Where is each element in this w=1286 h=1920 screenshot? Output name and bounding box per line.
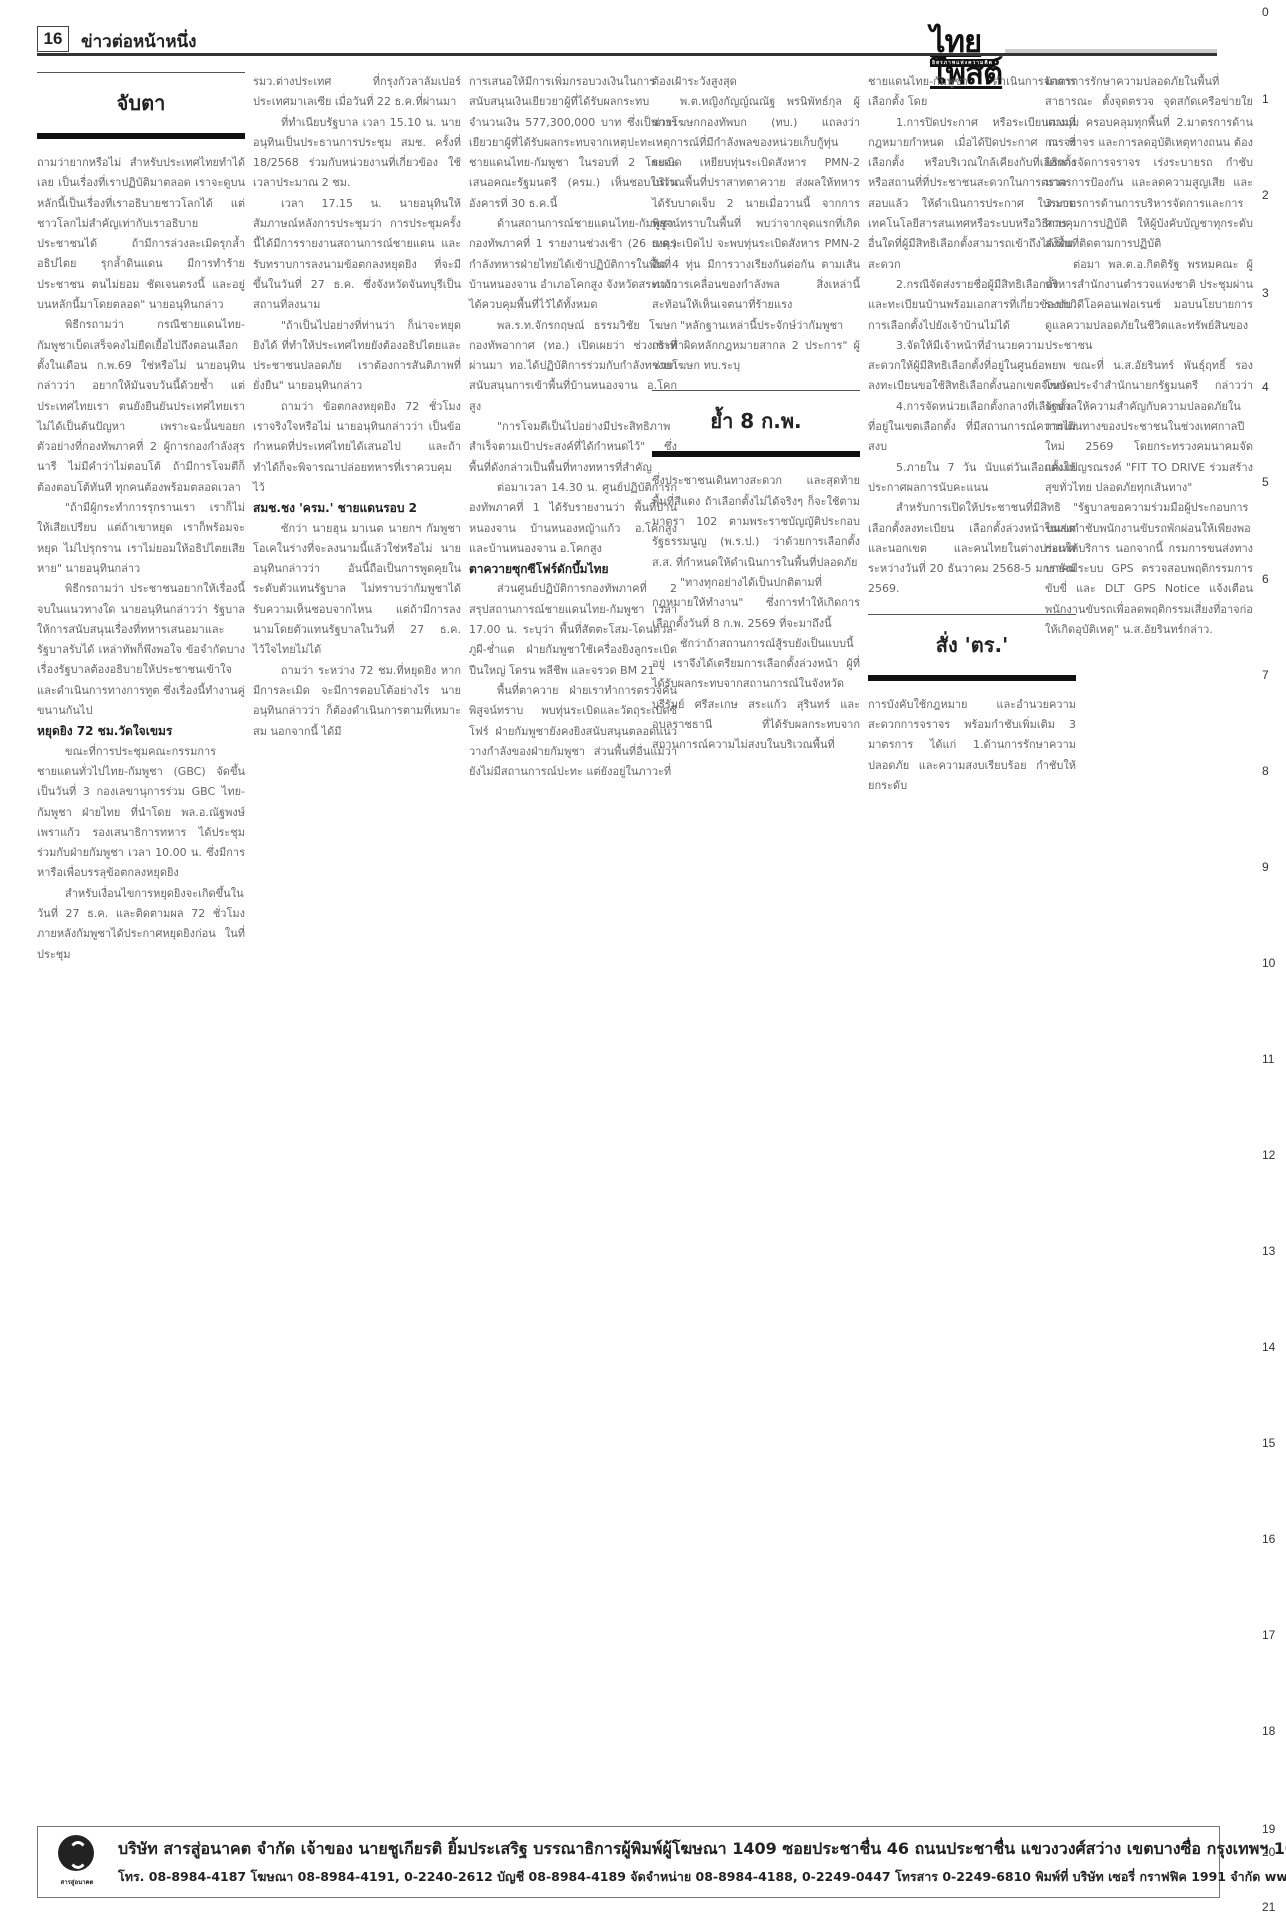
publisher-logo-caption: สารสู่อนาคต: [52, 1877, 102, 1887]
row-marker: 19: [1262, 1822, 1275, 1836]
article-paragraph: ถามว่า ข้อตกลงหยุดยิง 72 ชั่วโมง เราจริง…: [253, 397, 461, 498]
article-paragraph: "หลักฐานเหล่านี้ประจักษ์ว่ากัมพูชากระทำผ…: [652, 316, 860, 377]
publisher-logo: สารสู่อนาคต: [52, 1835, 102, 1889]
row-marker: 18: [1262, 1724, 1275, 1738]
row-marker: 2: [1262, 188, 1269, 202]
row-marker: 4: [1262, 380, 1269, 394]
row-marker: 15: [1262, 1436, 1275, 1450]
publisher-logo-icon: [58, 1835, 94, 1871]
article-paragraph: "ถ้าเป็นไปอย่างที่ท่านว่า ก็น่าจะหยุดยิง…: [253, 316, 461, 397]
article-paragraph: ต่อมา พล.ต.อ.กิตติรัฐ พรหมคณะ ผู้บริหารส…: [1045, 255, 1253, 356]
article-paragraph: ถามว่า ระหว่าง 72 ชม.ที่หยุดยิง หากมีการ…: [253, 661, 461, 742]
logo-tagline: อิสรภาพแห่งความคิด: [930, 59, 995, 67]
article-paragraph: "ถ้ามีผู้กระทำการรุกรานเรา เราก็ไม่ให้เส…: [37, 498, 245, 579]
row-marker: 0: [1262, 5, 1269, 19]
row-marker: 16: [1262, 1532, 1275, 1546]
article-paragraph: การเสนอให้มีการเพิ่มกรอบวงเงินในการสนับส…: [469, 72, 677, 214]
row-marker: 11: [1262, 1052, 1274, 1066]
article-paragraph: ต้องเฝ้าระวังสูงสุด: [652, 72, 860, 92]
row-marker: 3: [1262, 286, 1269, 300]
row-marker: 17: [1262, 1628, 1275, 1642]
column-1: จับตาถามว่ายากหรือไม่ สำหรับประเทศไทยทำไ…: [37, 72, 245, 965]
article-paragraph: ซึ่งประชาชนเดินทางสะดวก และสุดท้ายพื้นที…: [652, 471, 860, 572]
column-6: มาตรการรักษาความปลอดภัยในพื้นที่สาธารณะ …: [1045, 72, 1253, 640]
row-marker: 13: [1262, 1244, 1275, 1258]
row-marker: 14: [1262, 1340, 1275, 1354]
page-number: 16: [37, 26, 69, 52]
article-paragraph: พิธีกรถามว่า ประชาชนอยากให้เรื่องนี้จบใน…: [37, 579, 245, 721]
subheading: หยุดยิง 72 ชม.วัดใจเขมร: [37, 721, 245, 741]
article-paragraph: เวลา 17.15 น. นายอนุทินให้สัมภาษณ์หลังกา…: [253, 194, 461, 316]
row-markers: 0123456789101112131415161718192021: [1262, 0, 1282, 1920]
row-marker: 7: [1262, 668, 1269, 682]
article-paragraph: รมว.ต่างประเทศ ที่กรุงกัวลาลัมเปอร์ ประเ…: [253, 72, 461, 113]
row-marker: 21: [1262, 1900, 1275, 1914]
header-rule: [37, 53, 1217, 56]
row-marker: 8: [1262, 764, 1269, 778]
newspaper-page: 16 ข่าวต่อหน้าหนึ่ง ไทยโพสต์ อิสรภาพแห่ง…: [0, 0, 1286, 1920]
article-paragraph: "ทางทุกอย่างได้เป็นปกติตามที่กฎหมายให้ทำ…: [652, 573, 860, 634]
column-4: ต้องเฝ้าระวังสูงสุดพ.ต.หญิงกัญญ์ณณัฐ พรน…: [652, 72, 860, 756]
publisher-footer: สารสู่อนาคต บริษัท สารสู่อนาคต จำกัด เจ้…: [37, 1826, 1220, 1898]
row-marker: 5: [1262, 475, 1269, 489]
thaipost-logo: ไทยโพสต์ อิสรภาพแห่งความคิด: [930, 26, 1050, 64]
article-paragraph: ด้านสถานการณ์ชายแดนไทย-กัมพูชา กองทัพภาค…: [469, 214, 677, 315]
article-paragraph: ส่วนศูนย์ปฏิบัติการกองทัพภาคที่ 2 สรุปสถ…: [469, 579, 677, 680]
article-paragraph: พล.ร.ท.จักรกฤษณ์ ธรรมวิชัย โฆษกกองทัพอาก…: [469, 316, 677, 417]
subheading: สมช.ชง 'ครม.' ชายแดนรอบ 2: [253, 498, 461, 518]
row-marker: 6: [1262, 572, 1269, 586]
row-marker: 10: [1262, 956, 1275, 970]
article-paragraph: พิธีกรถามว่า กรณีชายแดนไทย-กัมพูชาเบ็ดเส…: [37, 315, 245, 498]
subheading: ตาควายซุกซีโฟร์ดักบึ้มไทย: [469, 559, 677, 579]
article-paragraph: ขณะที่การประชุมคณะกรรมการชายแดนทั่วไปไทย…: [37, 742, 245, 884]
row-marker: 1: [1262, 92, 1269, 106]
column-2: รมว.ต่างประเทศ ที่กรุงกัวลาลัมเปอร์ ประเ…: [253, 72, 461, 742]
article-paragraph: ซักว่า นายฮุน มาเนต นายกฯ กัมพูชา โอเคใน…: [253, 519, 461, 661]
publisher-info-line2: โทร. 08-8984-4187 โฆษณา 08-8984-4191, 0-…: [118, 1867, 1286, 1887]
box-heading: จับตา: [37, 72, 245, 139]
article-paragraph: ต่อมาเวลา 14.30 น. ศูนย์ปฏิบัติการกองทัพ…: [469, 478, 677, 559]
column-3: การเสนอให้มีการเพิ่มกรอบวงเงินในการสนับส…: [469, 72, 677, 782]
article-paragraph: ที่ทำเนียบรัฐบาล เวลา 15.10 น. นายอนุทิน…: [253, 113, 461, 194]
publisher-info-line1: บริษัท สารสู่อนาคต จำกัด เจ้าของ นายชูเก…: [118, 1837, 1286, 1862]
article-paragraph: "การโจมตีเป็นไปอย่างมีประสิทธิภาพ สำเร็จ…: [469, 417, 677, 478]
article-paragraph: การบังคับใช้กฎหมาย และอำนวยความสะดวกการจ…: [868, 695, 1076, 796]
article-paragraph: "รัฐบาลขอความร่วมมือผู้ประกอบการขนส่งกำช…: [1045, 498, 1253, 640]
article-paragraph: ถามว่ายากหรือไม่ สำหรับประเทศไทยทำได้เลย…: [37, 153, 245, 315]
row-marker: 12: [1262, 1148, 1275, 1162]
article-paragraph: ชักว่าถ้าสถานการณ์สู้รบยังเป็นแบบนี้อยู่…: [652, 634, 860, 756]
article-paragraph: พื้นที่ตาควาย ฝ่ายเราทำการตรวจค้นพิสูจน์…: [469, 681, 677, 782]
article-paragraph: สำหรับเงื่อนไขการหยุดยิงจะเกิดขึ้นในวันท…: [37, 884, 245, 965]
box-heading: ย้ำ 8 ก.พ.: [652, 390, 860, 457]
article-paragraph: ขณะที่ น.ส.อัยรินทร์ พันธุ์ฤทธิ์ รองโฆษก…: [1045, 356, 1253, 498]
section-title: ข่าวต่อหน้าหนึ่ง: [81, 28, 196, 55]
article-paragraph: พ.ต.หญิงกัญญ์ณณัฐ พรนิพัทธ์กุล ผู้ช่วยโฆ…: [652, 92, 860, 315]
article-paragraph: มาตรการรักษาความปลอดภัยในพื้นที่สาธารณะ …: [1045, 72, 1253, 255]
row-marker: 9: [1262, 860, 1269, 874]
